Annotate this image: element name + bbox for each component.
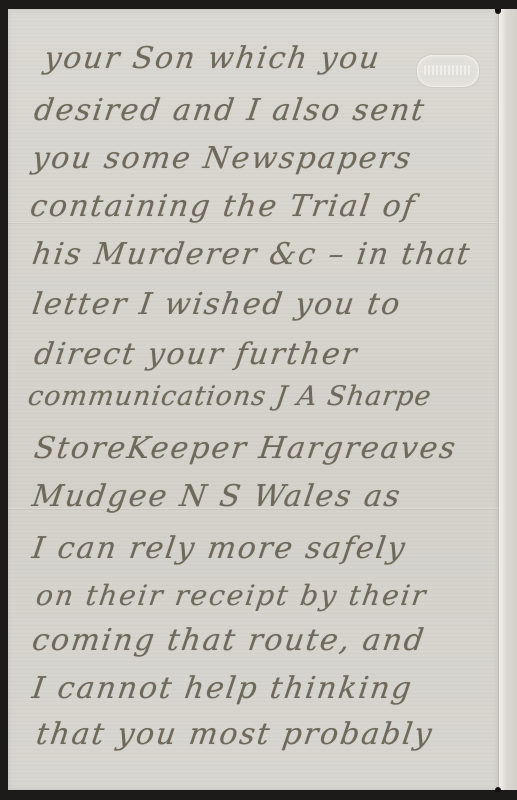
text-line: letter I wished you to [30, 287, 404, 322]
text-line: I cannot help thinking [30, 671, 415, 706]
text-line: coming that route, and [30, 623, 428, 658]
text-line: communications J A Sharpe [26, 381, 434, 412]
adjacent-page-edge [498, 9, 517, 790]
text-line: you some Newspapers [30, 141, 415, 176]
text-line: your Son which you [42, 41, 383, 76]
text-line: desired and I also sent [32, 93, 428, 128]
text-line: that you most probably [34, 717, 436, 752]
text-line: direct your further [32, 337, 361, 372]
text-line: I can rely more safely [30, 531, 409, 566]
text-line: on their receipt by their [34, 579, 430, 612]
text-line: StoreKeeper Hargreaves [32, 431, 459, 466]
handwritten-text: your Son which you desired and I also se… [8, 9, 498, 790]
text-line: his Murderer &c – in that [30, 237, 473, 272]
text-line: containing the Trial of [28, 189, 418, 224]
text-line: Mudgee N S Wales as [30, 479, 404, 514]
